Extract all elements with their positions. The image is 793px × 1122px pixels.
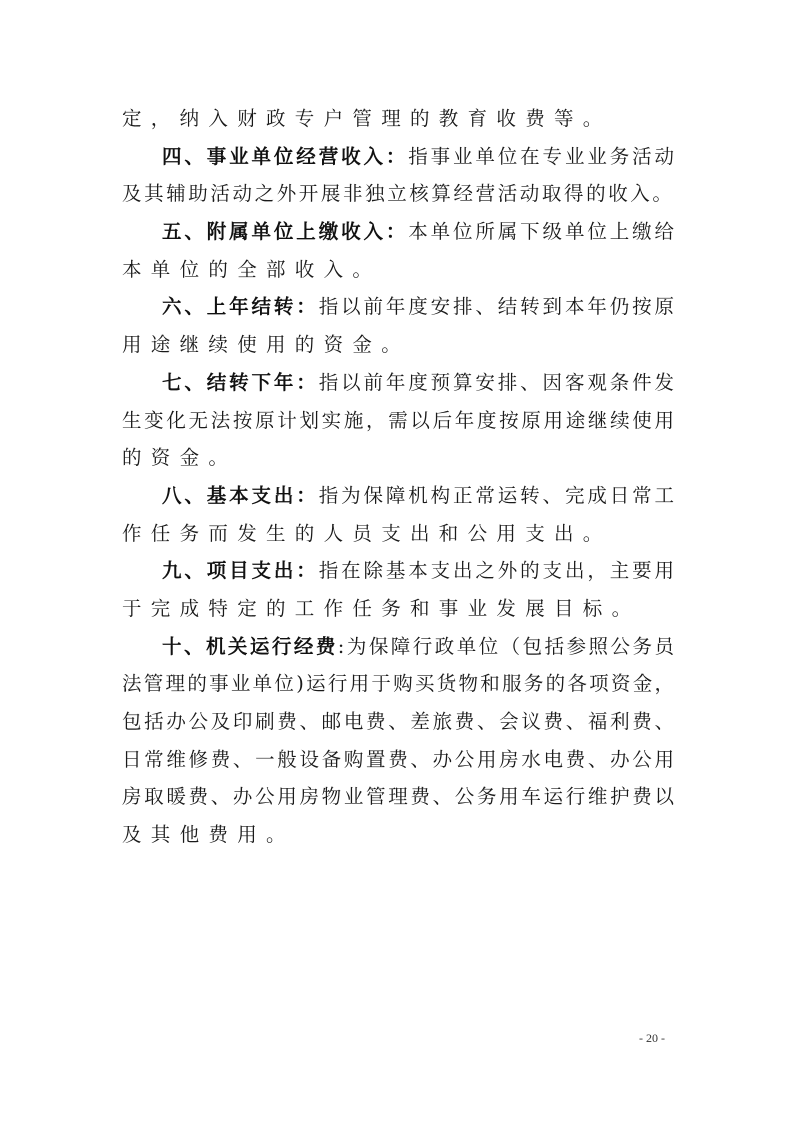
definition-text: 指为保障机构正常运转、完成日常工 — [319, 484, 674, 507]
paragraph-line: 七、结转下年：指以前年度预算安排、因客观条件发 — [122, 364, 674, 402]
term-heading: 七、结转下年： — [162, 371, 319, 394]
paragraph-line: 本单位的全部收入。 — [122, 251, 674, 289]
paragraph-line: 于完成特定的工作任务和事业发展目标。 — [122, 590, 674, 628]
paragraph-line: 法管理的事业单位)运行用于购买货物和服务的各项资金， — [122, 665, 674, 703]
paragraph-line: 四、事业单位经营收入：指事业单位在专业业务活动 — [122, 138, 674, 176]
term-heading: 六、上年结转： — [162, 295, 319, 318]
paragraph-line: 十、机关运行经费:为保障行政单位（包括参照公务员 — [122, 628, 674, 666]
page-number: - 20 - — [639, 1031, 665, 1046]
paragraph-line: 定，纳入财政专户管理的教育收费等。 — [122, 100, 674, 138]
paragraph-line: 房取暖费、办公用房物业管理费、公务用车运行维护费以 — [122, 778, 674, 816]
definition-text: :为保障行政单位（包括参照公务员 — [338, 635, 674, 658]
paragraph-line: 用途继续使用的资金。 — [122, 326, 674, 364]
paragraph-line: 作任务而发生的人员支出和公用支出。 — [122, 515, 674, 553]
term-heading: 九、项目支出： — [162, 559, 319, 582]
paragraph-line: 及其辅助活动之外开展非独立核算经营活动取得的收入。 — [122, 175, 674, 213]
term-heading: 八、基本支出： — [162, 484, 319, 507]
term-heading: 十、机关运行经费 — [162, 635, 338, 658]
paragraph-line: 五、附属单位上缴收入：本单位所属下级单位上缴给 — [122, 213, 674, 251]
definition-text: 本单位所属下级单位上缴给 — [408, 220, 674, 243]
definition-text: 指在除基本支出之外的支出，主要用 — [319, 559, 674, 582]
definition-text: 指以前年度安排、结转到本年仍按原 — [319, 295, 674, 318]
document-page: 定，纳入财政专户管理的教育收费等。 四、事业单位经营收入：指事业单位在专业业务活… — [122, 100, 674, 854]
paragraph-line: 八、基本支出：指为保障机构正常运转、完成日常工 — [122, 477, 674, 515]
paragraph-line: 的资金。 — [122, 439, 674, 477]
paragraph-line: 包括办公及印刷费、邮电费、差旅费、会议费、福利费、 — [122, 703, 674, 741]
paragraph-line: 六、上年结转：指以前年度安排、结转到本年仍按原 — [122, 288, 674, 326]
definition-text: 指事业单位在专业业务活动 — [408, 145, 674, 168]
paragraph-line: 日常维修费、一般设备购置费、办公用房水电费、办公用 — [122, 741, 674, 779]
definition-text: 指以前年度预算安排、因客观条件发 — [319, 371, 674, 394]
term-heading: 四、事业单位经营收入： — [162, 145, 408, 168]
term-heading: 五、附属单位上缴收入： — [162, 220, 408, 243]
paragraph-line: 生变化无法按原计划实施，需以后年度按原用途继续使用 — [122, 402, 674, 440]
paragraph-line: 九、项目支出：指在除基本支出之外的支出，主要用 — [122, 552, 674, 590]
paragraph-line: 及其他费用。 — [122, 816, 674, 854]
